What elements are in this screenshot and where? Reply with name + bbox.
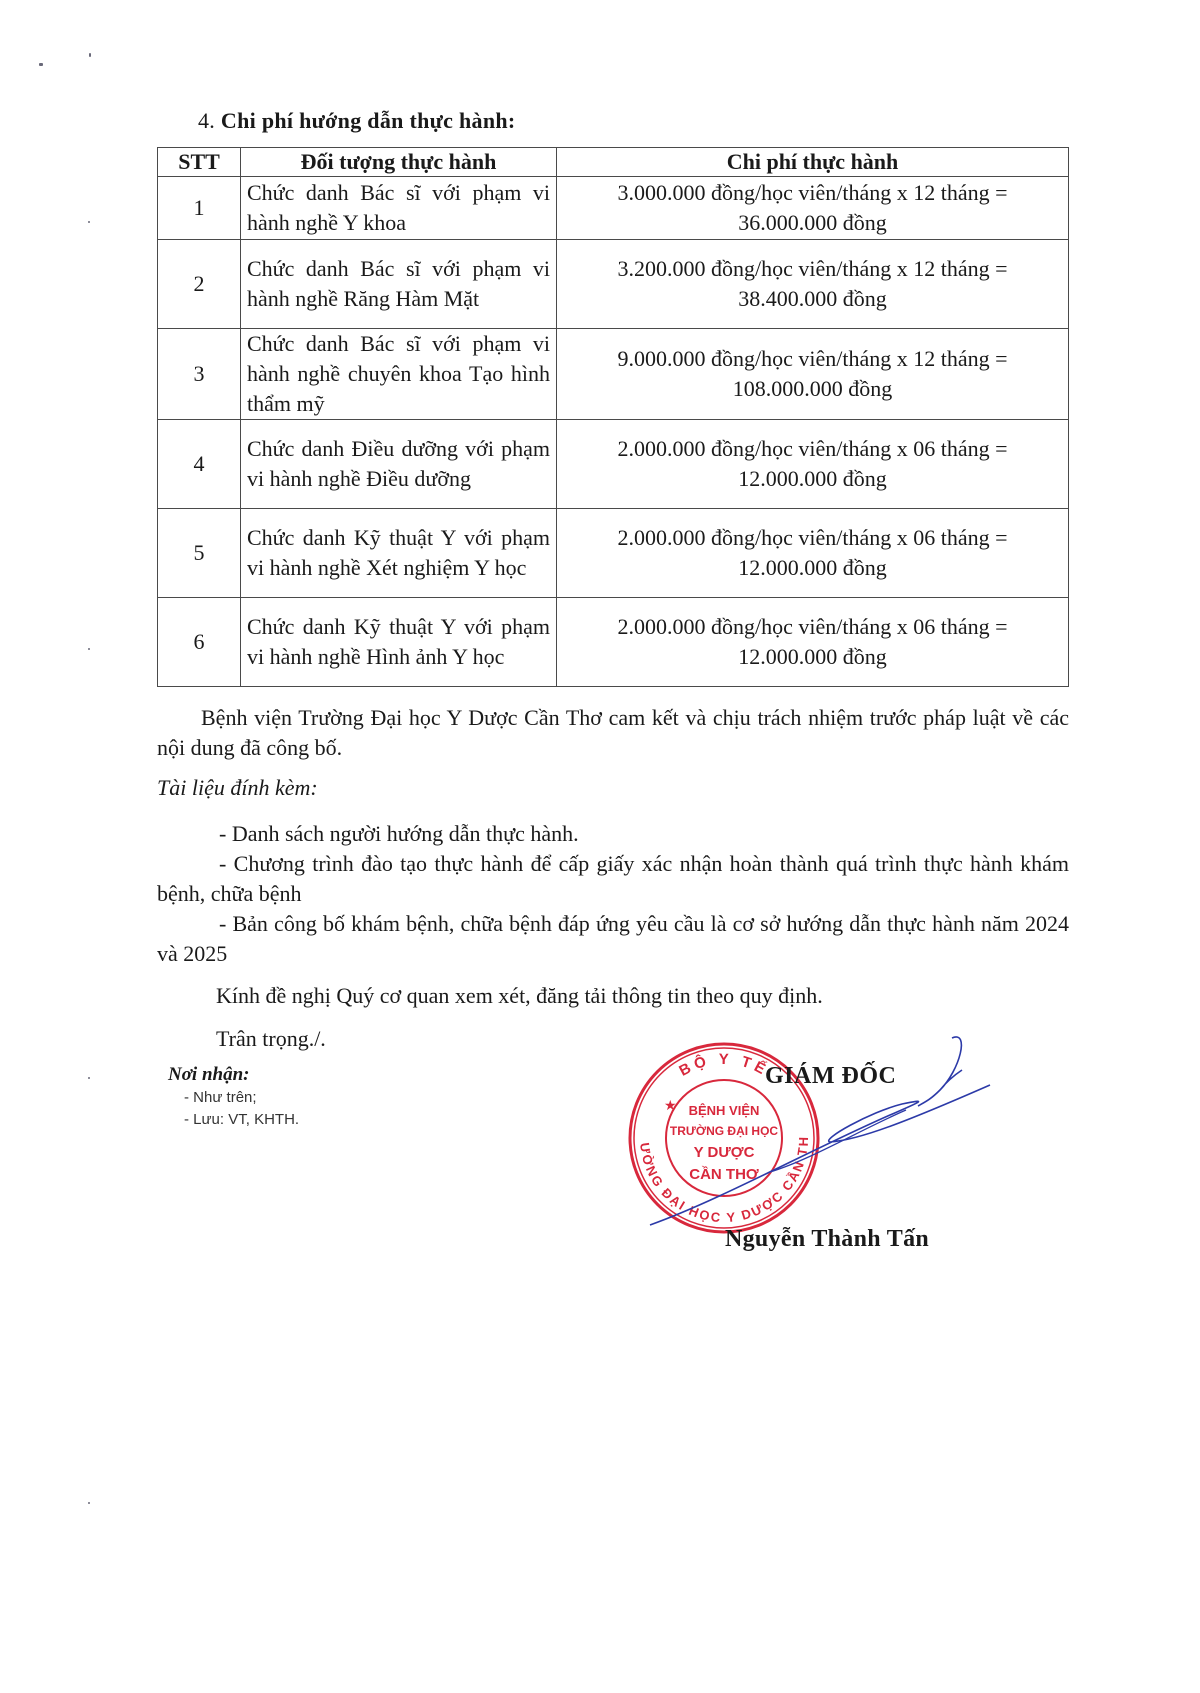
request-paragraph: Kính đề nghị Quý cơ quan xem xét, đăng t… [216,981,823,1011]
scan-artifact [88,221,90,223]
cell-target: Chức danh Điều dưỡng với phạm vi hành ng… [241,420,557,509]
section-number: 4. [198,108,215,133]
cost-formula: 9.000.000 đồng/học viên/tháng x 12 tháng… [563,344,1062,374]
table-row: 3 Chức danh Bác sĩ với phạm vi hành nghề… [158,329,1069,420]
table-row: 4 Chức danh Điều dưỡng với phạm vi hành … [158,420,1069,509]
cost-formula: 2.000.000 đồng/học viên/tháng x 06 tháng… [563,612,1062,642]
scan-artifact [89,53,91,57]
table-row: 1 Chức danh Bác sĩ với phạm vi hành nghề… [158,177,1069,240]
cost-total: 108.000.000 đồng [563,374,1062,404]
cell-target: Chức danh Kỹ thuật Y với phạm vi hành ng… [241,509,557,598]
scan-artifact [39,63,43,66]
cell-cost: 3.200.000 đồng/học viên/tháng x 12 tháng… [557,240,1069,329]
recipient-item: - Lưu: VT, KHTH. [168,1109,299,1131]
header-cost: Chi phí thực hành [557,148,1069,177]
header-stt: STT [158,148,241,177]
cell-stt: 3 [158,329,241,420]
cell-cost: 2.000.000 đồng/học viên/tháng x 06 tháng… [557,598,1069,687]
recipient-item: - Như trên; [168,1087,299,1109]
cell-stt: 6 [158,598,241,687]
table-row: 6 Chức danh Kỹ thuật Y với phạm vi hành … [158,598,1069,687]
attachment-item: - Bản công bố khám bệnh, chữa bệnh đáp ứ… [157,909,1069,969]
cell-stt: 1 [158,177,241,240]
cell-stt: 2 [158,240,241,329]
closing-text: Trân trọng./. [216,1024,326,1054]
cost-total: 12.000.000 đồng [563,464,1062,494]
table-row: 5 Chức danh Kỹ thuật Y với phạm vi hành … [158,509,1069,598]
cell-cost: 9.000.000 đồng/học viên/tháng x 12 tháng… [557,329,1069,420]
recipients-title: Nơi nhận: [168,1063,299,1087]
cell-stt: 5 [158,509,241,598]
cost-formula: 2.000.000 đồng/học viên/tháng x 06 tháng… [563,434,1062,464]
recipients-block: Nơi nhận: - Như trên; - Lưu: VT, KHTH. [168,1063,299,1131]
header-target: Đối tượng thực hành [241,148,557,177]
section-heading: 4. Chi phí hướng dẫn thực hành: [198,108,516,134]
cell-target: Chức danh Bác sĩ với phạm vi hành nghề c… [241,329,557,420]
signer-name: Nguyễn Thành Tấn [725,1226,929,1253]
cost-formula: 3.200.000 đồng/học viên/tháng x 12 tháng… [563,254,1062,284]
document-page: 4. Chi phí hướng dẫn thực hành: STT Đối … [0,0,1200,1693]
attachments-title: Tài liệu đính kèm: [157,773,318,803]
attachment-item: - Danh sách người hướng dẫn thực hành. [157,819,1069,849]
cell-cost: 3.000.000 đồng/học viên/tháng x 12 tháng… [557,177,1069,240]
commitment-paragraph: Bệnh viện Trường Đại học Y Dược Cần Thơ … [157,703,1069,763]
scan-artifact [88,648,90,650]
cost-formula: 2.000.000 đồng/học viên/tháng x 06 tháng… [563,523,1062,553]
practice-cost-table: STT Đối tượng thực hành Chi phí thực hàn… [157,147,1069,687]
cell-target: Chức danh Bác sĩ với phạm vi hành nghề Y… [241,177,557,240]
cell-target: Chức danh Bác sĩ với phạm vi hành nghề R… [241,240,557,329]
section-title: Chi phí hướng dẫn thực hành: [221,108,516,133]
cell-cost: 2.000.000 đồng/học viên/tháng x 06 tháng… [557,420,1069,509]
scan-artifact [88,1502,90,1504]
cell-target: Chức danh Kỹ thuật Y với phạm vi hành ng… [241,598,557,687]
cost-total: 38.400.000 đồng [563,284,1062,314]
table-header-row: STT Đối tượng thực hành Chi phí thực hàn… [158,148,1069,177]
scan-artifact [88,1077,90,1079]
cost-formula: 3.000.000 đồng/học viên/tháng x 12 tháng… [563,178,1062,208]
table-row: 2 Chức danh Bác sĩ với phạm vi hành nghề… [158,240,1069,329]
cost-total: 12.000.000 đồng [563,553,1062,583]
cell-stt: 4 [158,420,241,509]
cost-total: 12.000.000 đồng [563,642,1062,672]
attachment-item: - Chương trình đào tạo thực hành để cấp … [157,849,1069,909]
cell-cost: 2.000.000 đồng/học viên/tháng x 06 tháng… [557,509,1069,598]
cost-total: 36.000.000 đồng [563,208,1062,238]
